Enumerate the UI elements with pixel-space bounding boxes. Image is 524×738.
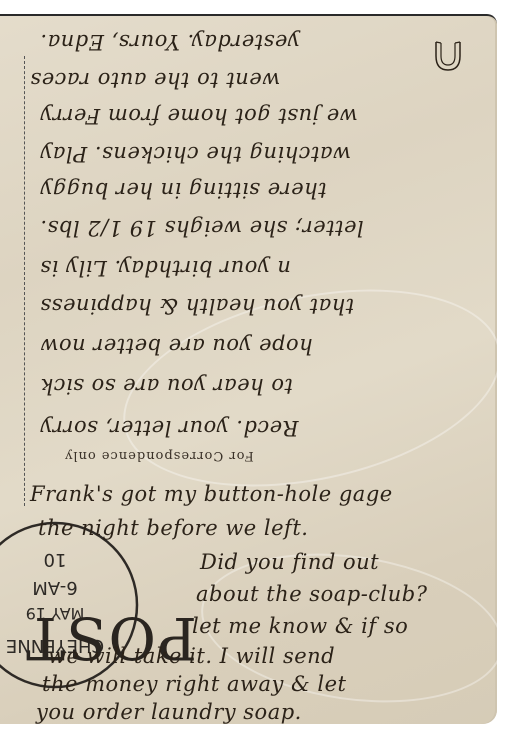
message-line: yesterday. Yours, Edna. bbox=[40, 30, 300, 54]
correspondence-label: For Correspondence only bbox=[64, 448, 254, 463]
postmark-year: 10 bbox=[44, 549, 67, 570]
dotted-divider bbox=[24, 56, 25, 506]
message-line: Recd. your letter, sorry bbox=[40, 416, 298, 440]
message-line: the night before we left. bbox=[38, 516, 308, 540]
message-line: that you health & happiness bbox=[40, 294, 354, 318]
message-line: let me know & if so bbox=[192, 614, 408, 638]
postcard: yesterday. Yours, Edna. went to the auto… bbox=[0, 14, 497, 724]
message-line: Did you find out bbox=[200, 550, 379, 574]
postmark-time: 6-AM bbox=[32, 577, 77, 598]
message-line: we will take it. I will send bbox=[48, 644, 335, 668]
message-line: to hear you are so sick bbox=[40, 374, 293, 398]
message-line: about the soap-club? bbox=[196, 582, 428, 606]
message-line: you order laundry soap. bbox=[36, 700, 302, 724]
message-line: went to the auto races bbox=[30, 68, 280, 92]
message-line: the money right away & let bbox=[42, 672, 346, 696]
message-line: letter; she weighs 19 1/2 lbs. bbox=[40, 216, 364, 240]
message-line: Frank's got my button-hole gage bbox=[30, 482, 393, 506]
horseshoe-icon bbox=[430, 38, 466, 74]
message-line: n your birthday. Lily is bbox=[40, 256, 291, 280]
message-line: hope you are better now bbox=[40, 334, 313, 358]
message-line: there sitting in her buggy bbox=[40, 178, 327, 202]
message-line: watching the chickens. Play bbox=[40, 142, 351, 166]
message-line: we just got home from Ferry bbox=[40, 104, 358, 128]
